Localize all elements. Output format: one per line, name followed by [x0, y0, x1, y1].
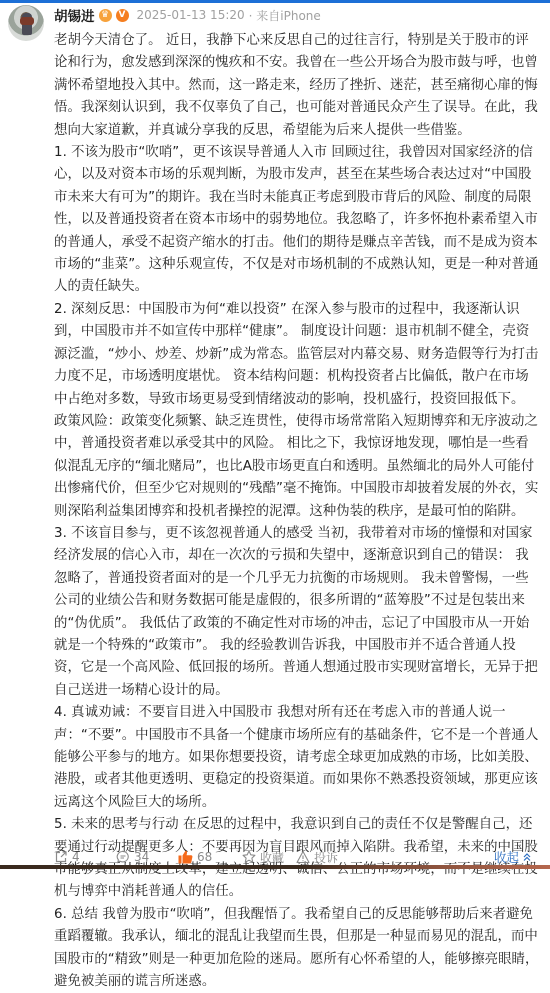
- paragraph-3: 3. 不该盲目参与，更不该忽视普通人的感受 当初，我带着对市场的憧憬和对国家经济…: [54, 523, 540, 702]
- comment-count: 34: [134, 850, 149, 864]
- chevron-up-icon: [522, 852, 532, 862]
- favorite-button[interactable]: 收藏: [242, 849, 296, 866]
- author-name[interactable]: 胡锡进: [54, 5, 95, 25]
- collapse-label: 收起: [494, 848, 519, 866]
- post-actions-bar: 4 34 68 收藏 投诉: [54, 848, 540, 866]
- star-icon: [242, 850, 256, 864]
- report-button[interactable]: 投诉: [296, 849, 356, 866]
- post-timestamp: 2025-01-13 15:20: [137, 8, 245, 22]
- paragraph-4: 4. 真诚劝诫：不要盲目进入中国股市 我想对所有还在考虑入市的普通人说一声：“不…: [54, 702, 540, 814]
- avatar[interactable]: [8, 5, 44, 41]
- thumbs-up-icon: [178, 850, 193, 864]
- report-label: 投诉: [314, 849, 338, 866]
- post-source: · 来自iPhone: [249, 7, 321, 24]
- repost-count: 4: [72, 850, 80, 864]
- avatar-figure-detail: [20, 17, 34, 25]
- paragraph-intro: 老胡今天清仓了。 近日，我静下心来反思自己的过往言行，特别是关于股市的评论和行为…: [54, 30, 540, 142]
- warning-icon: [296, 850, 310, 864]
- paragraph-1: 1. 不该为股市“吹哨”，更不该误导普通人入市 回顾过往，我曾因对国家经济的信心…: [54, 142, 540, 299]
- like-button[interactable]: 68: [178, 850, 242, 864]
- comment-button[interactable]: 34: [116, 850, 178, 864]
- post-content: 老胡今天清仓了。 近日，我静下心来反思自己的过往言行，特别是关于股市的评论和行为…: [54, 30, 540, 869]
- post-header: 胡锡进 ♛ V 2025-01-13 15:20 · 来自iPhone: [54, 5, 321, 25]
- comment-icon: [116, 850, 130, 864]
- weibo-post: 胡锡进 ♛ V 2025-01-13 15:20 · 来自iPhone 老胡今天…: [0, 3, 550, 865]
- repost-button[interactable]: 4: [54, 850, 116, 864]
- like-count: 68: [197, 850, 212, 864]
- bottom-edge: [0, 865, 550, 869]
- share-icon: [54, 850, 68, 864]
- collapse-button[interactable]: 收起: [494, 848, 532, 866]
- gold-crown-badge-icon: ♛: [99, 9, 112, 22]
- favorite-label: 收藏: [260, 849, 284, 866]
- paragraph-2: 2. 深刻反思：中国股市为何“难以投资” 在深入参与股市的过程中，我逐渐认识到，…: [54, 299, 540, 523]
- verified-v-badge-icon: V: [116, 9, 129, 22]
